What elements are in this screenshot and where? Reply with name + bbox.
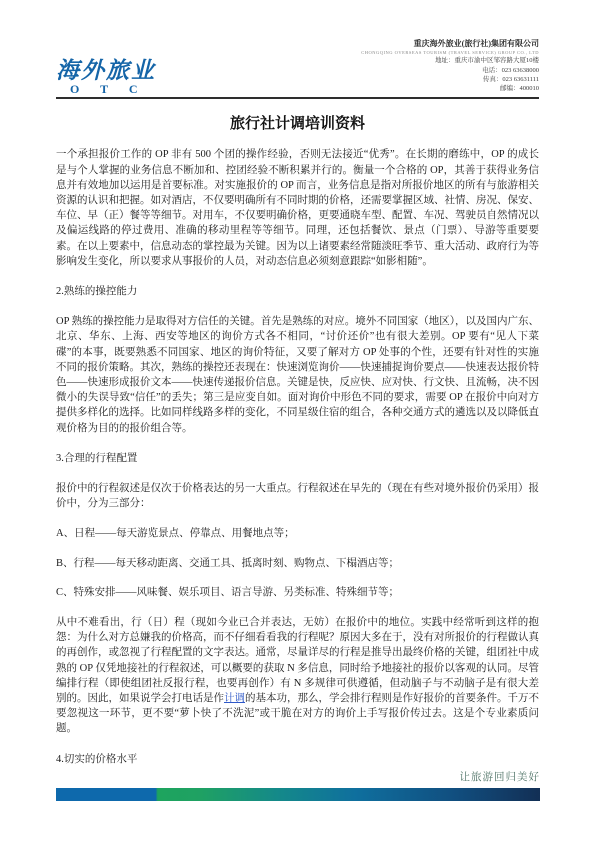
page-header: 海外旅业 O T C 重庆海外旅业(旅行社)集团有限公司 CHONGQING O… xyxy=(56,38,539,96)
document-page: 海外旅业 O T C 重庆海外旅业(旅行社)集团有限公司 CHONGQING O… xyxy=(0,0,595,842)
body-paragraph: A、日程——每天游览景点、停靠点、用餐地点等； xyxy=(56,526,539,541)
section-heading: 3.合理的行程配置 xyxy=(56,451,539,466)
body-paragraph: B、行程——每天移动距离、交通工具、抵离时刻、购物点、下榻酒店等； xyxy=(56,556,539,571)
page-title: 旅行社计调培训资料 xyxy=(56,112,539,133)
body-paragraph: C、特殊安排——风味餐、娱乐项目、语言导游、另类标准、特殊细节等； xyxy=(56,585,539,600)
document-sections: 一个承担报价工作的 OP 非有 500 个团的操作经验，否则无法接近“优秀”。在… xyxy=(56,147,539,767)
body-paragraph: 报价中的行程叙述是仅次于价格表达的另一大重点。行程叙述在早先的（现在有些对境外报… xyxy=(56,481,539,511)
company-postcode: 邮编：400010 xyxy=(361,84,539,93)
section-heading: 2.熟练的操控能力 xyxy=(56,284,539,299)
jidiao-inline-link[interactable]: 计调 xyxy=(224,693,245,704)
logo-otc-text: O T C xyxy=(70,83,156,95)
logo-brand-text: 海外旅业 xyxy=(56,59,156,82)
body-paragraph: 一个承担报价工作的 OP 非有 500 个团的操作经验，否则无法接近“优秀”。在… xyxy=(56,147,539,269)
company-logo: 海外旅业 O T C xyxy=(56,59,156,96)
company-address: 地址：重庆市渝中区邹容路大厦10楼 xyxy=(361,56,539,65)
header-divider-line xyxy=(56,97,539,99)
company-fax: 传真：023 63631111 xyxy=(361,75,539,84)
company-phone: 电话：023 63638000 xyxy=(361,66,539,75)
footer-slogan: 让旅游回归美好 xyxy=(56,769,540,784)
body-paragraph: OP 熟练的操控能力是取得对方信任的关键。首先是熟练的对应。境外不同国家（地区）… xyxy=(56,314,539,436)
section-heading: 4.切实的价格水平 xyxy=(56,752,539,767)
page-footer: 让旅游回归美好 xyxy=(56,769,540,801)
body-paragraph: 从中不难看出，行（日）程（现如今业已合并表达，无妨）在报价中的地位。实践中经常听… xyxy=(56,615,539,737)
company-name: 重庆海外旅业(旅行社)集团有限公司 xyxy=(361,38,539,50)
company-info-block: 重庆海外旅业(旅行社)集团有限公司 CHONGQING OVERSEAS TOU… xyxy=(361,38,539,96)
footer-gradient-bar xyxy=(56,788,540,801)
